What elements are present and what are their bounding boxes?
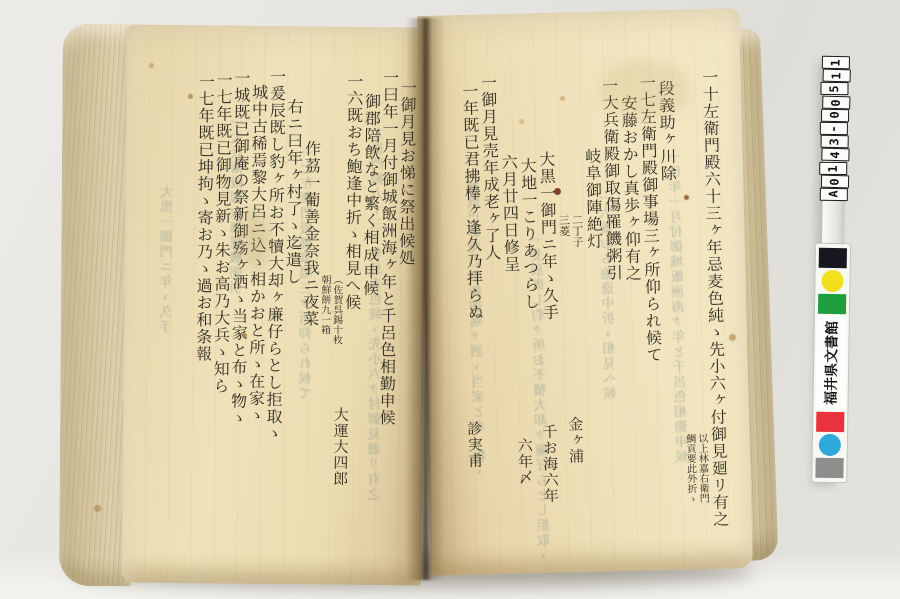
organization-label: 福井県文書館 [815, 315, 847, 411]
right-page-text: 一十左衛門殿六十三ヶ年忌麦色純ゝ先小六ヶ付御見廻リ有之 以上林嘉右衛門 鯛貢要此… [433, 65, 731, 558]
paper-stain [240, 210, 270, 270]
yellow-patch [821, 270, 843, 292]
paper-stain [600, 60, 690, 120]
id-tile: 0 [821, 109, 849, 123]
id-char: 1 [826, 164, 840, 171]
signature: 大運大四郎 [330, 407, 352, 487]
gray-patch [815, 458, 843, 478]
id-tile: 3 [821, 135, 849, 149]
right-page: 一曰年一月付御城飯洲海ヶ年と千呂色相勤申候 一六既おち鮑逢中折ゝ相見へ候 一爰辰… [417, 8, 753, 576]
id-tile: - [820, 122, 848, 135]
color-calibration-patches: 福井県文書館 [812, 244, 850, 483]
id-char: 0 [828, 177, 842, 185]
id-char: 0 [829, 98, 843, 106]
id-char: 1 [829, 59, 843, 66]
signature: 金ヶ浦 [565, 416, 587, 464]
left-page-text: 一御月見お悌に祭出候処 一曰年一月付御城飯洲海ヶ年と千呂色相勤申候 御郡陪飲なと… [129, 65, 416, 566]
id-tile: 1 [819, 161, 847, 174]
id-char: A [827, 191, 841, 198]
note-line: 以上林嘉右衛門 [696, 433, 710, 551]
organization-name: 福井県文書館 [821, 321, 842, 405]
id-char: 1 [830, 72, 844, 80]
id-char: 5 [827, 85, 841, 92]
id-tile: 0 [822, 95, 850, 109]
id-char: - [827, 125, 841, 132]
green-patch [818, 294, 846, 314]
archive-scale-stick: 1 1 5 0 0 - 3 4 1 0 A 福井県文書館 [811, 56, 854, 483]
id-char: 3 [828, 138, 842, 145]
left-page: 一十左衛門殿六十三ヶ年忌麦色純ゝ先小六ヶ付御見廻リ有之 一七左衛門殿御事場三ヶ所… [121, 24, 427, 585]
id-tile: 5 [820, 82, 848, 95]
id-tile: 1 [823, 69, 851, 83]
archive-id-tiles: 1 1 5 0 0 - 3 4 1 0 A [820, 56, 850, 201]
black-patch [819, 248, 847, 268]
id-tile: 0 [821, 174, 849, 188]
foxing-spots [0, 0, 3, 3]
book-gutter-shadow [406, 18, 444, 580]
blue-patch [819, 434, 841, 456]
id-tile: A [820, 188, 848, 202]
id-char: 0 [828, 112, 842, 119]
id-char: 4 [828, 151, 842, 159]
id-tile: 4 [821, 148, 849, 162]
red-patch [816, 412, 844, 432]
archive-photo-scene: 一十左衛門殿六十三ヶ年忌麦色純ゝ先小六ヶ付御見廻リ有之 一七左衛門殿御事場三ヶ所… [0, 0, 900, 599]
signature: 千お海六年 [539, 424, 562, 504]
id-tile: 1 [822, 56, 850, 70]
signature: 六年〆 [515, 437, 537, 485]
signature: 診実甫 [464, 420, 486, 468]
